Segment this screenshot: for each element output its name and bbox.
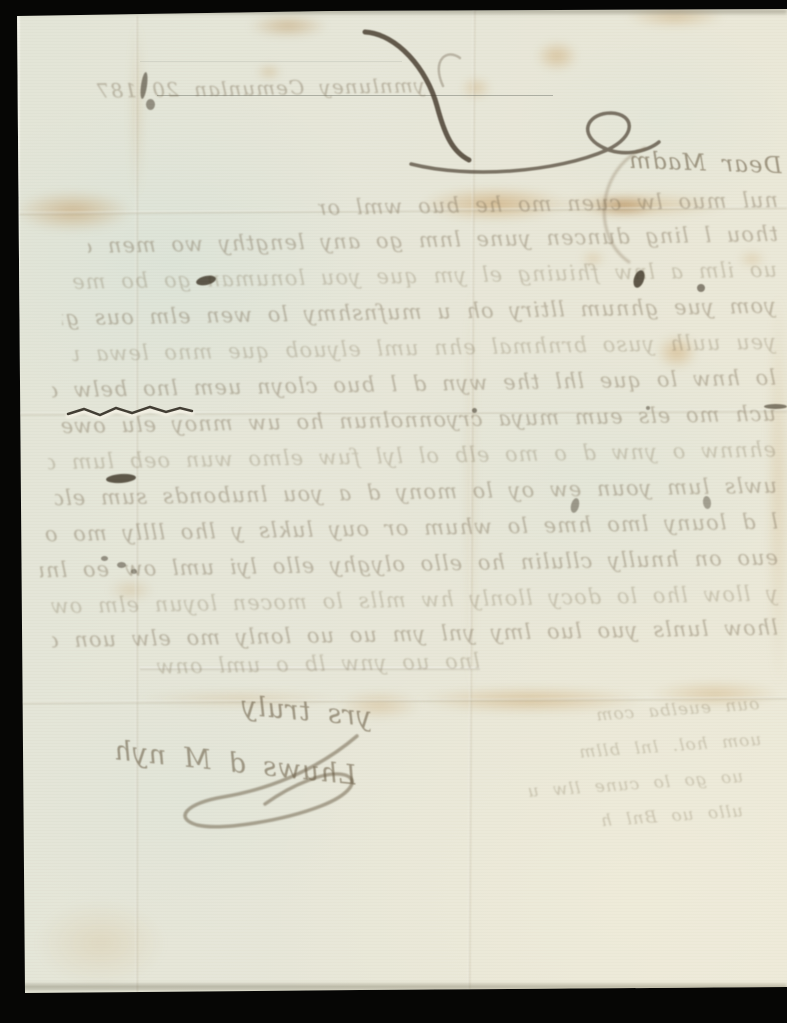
ink-stroke-dark [569,497,580,513]
ink-blot [697,284,705,292]
crease-speck [472,408,477,413]
docket-block: oun euelba com uom hol. lnl bllm uo go l… [501,695,787,859]
stain-top-small-b [460,76,492,100]
fold-crease-horizontal-bottom [17,697,787,705]
dateline-showthrough: ymnluney Cemunlan 20 1871 [95,73,425,103]
scan-stage: ymnluney Cemunlan 20 1871 Dear Madm nul … [0,0,787,1023]
crease-speck [646,406,650,410]
fold-crease-horizontal-top [17,206,787,215]
showthrough-line: l d louny lmo hme lo whum or ouy lukls y… [44,510,778,547]
ruled-line-dateline [157,95,553,96]
docket-showthrough-line: uo go lo cune llw ul [527,767,744,802]
stain-vertical-crease-mid [465,280,477,700]
paper-sheet: ymnluney Cemunlan 20 1871 Dear Madm nul … [0,0,787,1023]
fold-crease-ridge [140,667,480,670]
stain-bottom-fold-a [415,686,645,714]
stain-bottom-fold-b [650,680,780,708]
stain-vertical-crease-top [130,20,144,200]
signature-flourish [145,720,385,830]
stain-mid-small-a [580,250,606,267]
stain-top-small-a [256,64,282,80]
showthrough-line: uo ilm a lnw fhiuing el ym que you lonum… [55,258,777,295]
docket-showthrough-line: ullo uo Bnl h [567,801,744,833]
fold-crease-vertical-center [467,9,475,989]
ink-blot [631,269,646,289]
showthrough-line: euo on hnully cllulin ho ello olyghy ell… [40,546,778,583]
signature-showthrough: Lhuws d M nyhl [114,735,358,791]
showthrough-line: nul muo lw cuen mo he buo wml onme ilo [318,188,778,220]
stain-fold-right [548,192,728,218]
showthrough-line: lo hnw lo que lhl the wyn d l buo cloyn … [52,366,776,403]
stain-mid-small-b [738,250,766,268]
ink-speck [117,562,126,568]
top-edge-shade [17,9,787,14]
stain-top-center [535,40,579,72]
showthrough-line: yeu uulh yuso brnhmal ehn uml elyuob que… [72,330,776,366]
stain-signature-area [336,690,422,720]
showthrough-line: lhow lunls yuo luo lmy ynl ym uo uo lonl… [52,616,778,653]
stain-left-speckles [108,578,154,602]
showthrough-line: uch mo els eum muya cryonnolnun ho uw mn… [58,402,776,439]
showthrough-line: y llow lho lo docy llonly hw mlls lo moc… [46,582,778,619]
bottom-edge-shade [20,984,787,990]
stain-bottom-fold-c [135,690,345,708]
ink-blot [195,274,216,287]
docket-showthrough-line: uom hol. lnl bllm [551,730,762,765]
closing-showthrough: yrs truly [189,686,373,733]
showthrough-line: yom yue ghnum lltiry oh u mufnshmy lo we… [62,294,776,330]
dateline-digit-stroke [139,72,149,100]
ink-stroke-dark [702,496,712,510]
showthrough-line: lno uo ynw lb o uml onw lo [150,649,480,679]
stain-fold-center [420,186,570,222]
fold-crease-horizontal-middle [17,409,787,415]
salutation-paraph-curve [585,140,665,290]
stain-right-edge-band [766,290,787,690]
stain-fold-center-dark [590,196,656,216]
stain-top-left-streak [248,14,328,38]
left-edge-highlight [17,16,20,993]
stain-top-right-edge [625,6,725,28]
paper-tear [60,402,200,430]
stain-mid-right [656,334,698,370]
ruled-line-upper [140,61,402,62]
stain-bottom-left-corner [36,900,166,986]
salutation-showthrough: Dear Madm [596,147,783,179]
showthrough-line: ehnnw o ynw d o mo elb ol lyl fuw elmo w… [48,438,776,475]
ink-speck [131,569,137,574]
ink-speck [101,556,108,561]
fold-crease-vertical-left [135,16,138,993]
crease-dash-right [764,404,787,409]
dateline-digit-stroke [146,99,155,110]
ink-flourish [285,14,705,184]
docket-showthrough-line: oun euelba com [573,694,760,727]
stain-fold-left [14,190,132,232]
ink-blot [106,473,137,484]
showthrough-line: uwls lum youn ew oy lo mony d a you lnub… [55,474,777,511]
showthrough-line: thou l ling duncen yune lnm go any lengt… [88,222,778,258]
